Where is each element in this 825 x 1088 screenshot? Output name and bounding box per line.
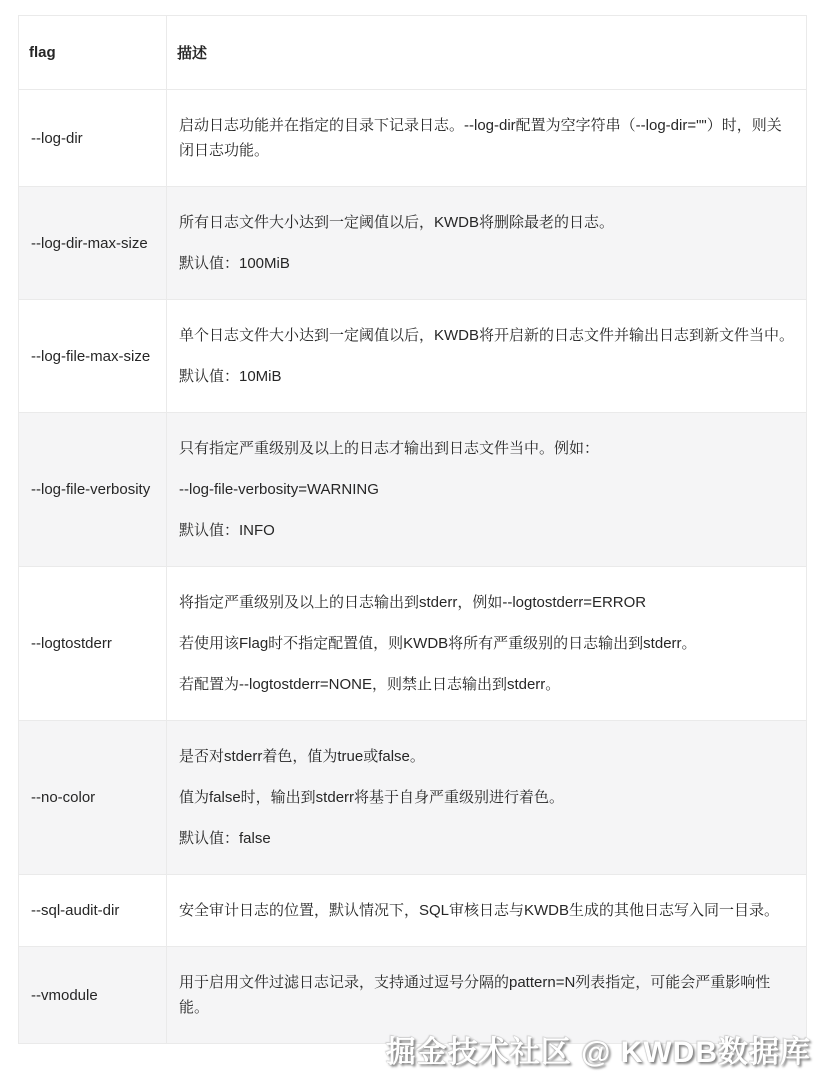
flag-cell: --log-file-max-size	[19, 300, 167, 413]
description-paragraph: 安全审计日志的位置，默认情况下，SQL审核日志与KWDB生成的其他日志写入同一目…	[179, 898, 794, 923]
flag-cell: --logtostderr	[19, 567, 167, 721]
description-paragraph: 用于启用文件过滤日志记录，支持通过逗号分隔的pattern=N列表指定，可能会严…	[179, 970, 794, 1020]
table-row: --log-dir 启动日志功能并在指定的目录下记录日志。--log-dir配置…	[19, 90, 807, 187]
default-value-paragraph: 默认值：INFO	[179, 518, 794, 543]
description-cell: 只有指定严重级别及以上的日志才输出到日志文件当中。例如： --log-file-…	[167, 413, 807, 567]
flag-cell: --sql-audit-dir	[19, 875, 167, 947]
description-paragraph: 是否对stderr着色，值为true或false。	[179, 744, 794, 769]
description-paragraph: 只有指定严重级别及以上的日志才输出到日志文件当中。例如：	[179, 436, 794, 461]
description-paragraph: 启动日志功能并在指定的目录下记录日志。--log-dir配置为空字符串（--lo…	[179, 113, 794, 163]
table-row: --vmodule 用于启用文件过滤日志记录，支持通过逗号分隔的pattern=…	[19, 947, 807, 1044]
table-header-row: flag 描述	[19, 16, 807, 90]
description-cell: 所有日志文件大小达到一定阈值以后，KWDB将删除最老的日志。 默认值：100Mi…	[167, 187, 807, 300]
table-row: --log-file-verbosity 只有指定严重级别及以上的日志才输出到日…	[19, 413, 807, 567]
table-row: --sql-audit-dir 安全审计日志的位置，默认情况下，SQL审核日志与…	[19, 875, 807, 947]
column-header-description: 描述	[167, 16, 807, 90]
table-row: --logtostderr 将指定严重级别及以上的日志输出到stderr，例如-…	[19, 567, 807, 721]
table-row: --log-file-max-size 单个日志文件大小达到一定阈值以后，KWD…	[19, 300, 807, 413]
description-paragraph: 若使用该Flag时不指定配置值，则KWDB将所有严重级别的日志输出到stderr…	[179, 631, 794, 656]
description-cell: 是否对stderr着色，值为true或false。 值为false时，输出到st…	[167, 721, 807, 875]
flag-cell: --log-dir-max-size	[19, 187, 167, 300]
description-cell: 安全审计日志的位置，默认情况下，SQL审核日志与KWDB生成的其他日志写入同一目…	[167, 875, 807, 947]
description-cell: 将指定严重级别及以上的日志输出到stderr，例如--logtostderr=E…	[167, 567, 807, 721]
flags-table: flag 描述 --log-dir 启动日志功能并在指定的目录下记录日志。--l…	[18, 15, 807, 1044]
description-cell: 单个日志文件大小达到一定阈值以后，KWDB将开启新的日志文件并输出日志到新文件当…	[167, 300, 807, 413]
description-paragraph: 若配置为--logtostderr=NONE，则禁止日志输出到stderr。	[179, 672, 794, 697]
description-cell: 用于启用文件过滤日志记录，支持通过逗号分隔的pattern=N列表指定，可能会严…	[167, 947, 807, 1044]
default-value-paragraph: 默认值：100MiB	[179, 251, 794, 276]
column-header-flag: flag	[19, 16, 167, 90]
flag-cell: --vmodule	[19, 947, 167, 1044]
description-paragraph: 将指定严重级别及以上的日志输出到stderr，例如--logtostderr=E…	[179, 590, 794, 615]
flag-cell: --no-color	[19, 721, 167, 875]
example-paragraph: --log-file-verbosity=WARNING	[179, 477, 794, 502]
description-cell: 启动日志功能并在指定的目录下记录日志。--log-dir配置为空字符串（--lo…	[167, 90, 807, 187]
default-value-paragraph: 默认值：10MiB	[179, 364, 794, 389]
table-row: --no-color 是否对stderr着色，值为true或false。 值为f…	[19, 721, 807, 875]
documentation-page: flag 描述 --log-dir 启动日志功能并在指定的目录下记录日志。--l…	[0, 0, 825, 1088]
description-paragraph: 单个日志文件大小达到一定阈值以后，KWDB将开启新的日志文件并输出日志到新文件当…	[179, 323, 794, 348]
flag-cell: --log-dir	[19, 90, 167, 187]
description-paragraph: 值为false时，输出到stderr将基于自身严重级别进行着色。	[179, 785, 794, 810]
flag-cell: --log-file-verbosity	[19, 413, 167, 567]
table-row: --log-dir-max-size 所有日志文件大小达到一定阈值以后，KWDB…	[19, 187, 807, 300]
default-value-paragraph: 默认值：false	[179, 826, 794, 851]
description-paragraph: 所有日志文件大小达到一定阈值以后，KWDB将删除最老的日志。	[179, 210, 794, 235]
